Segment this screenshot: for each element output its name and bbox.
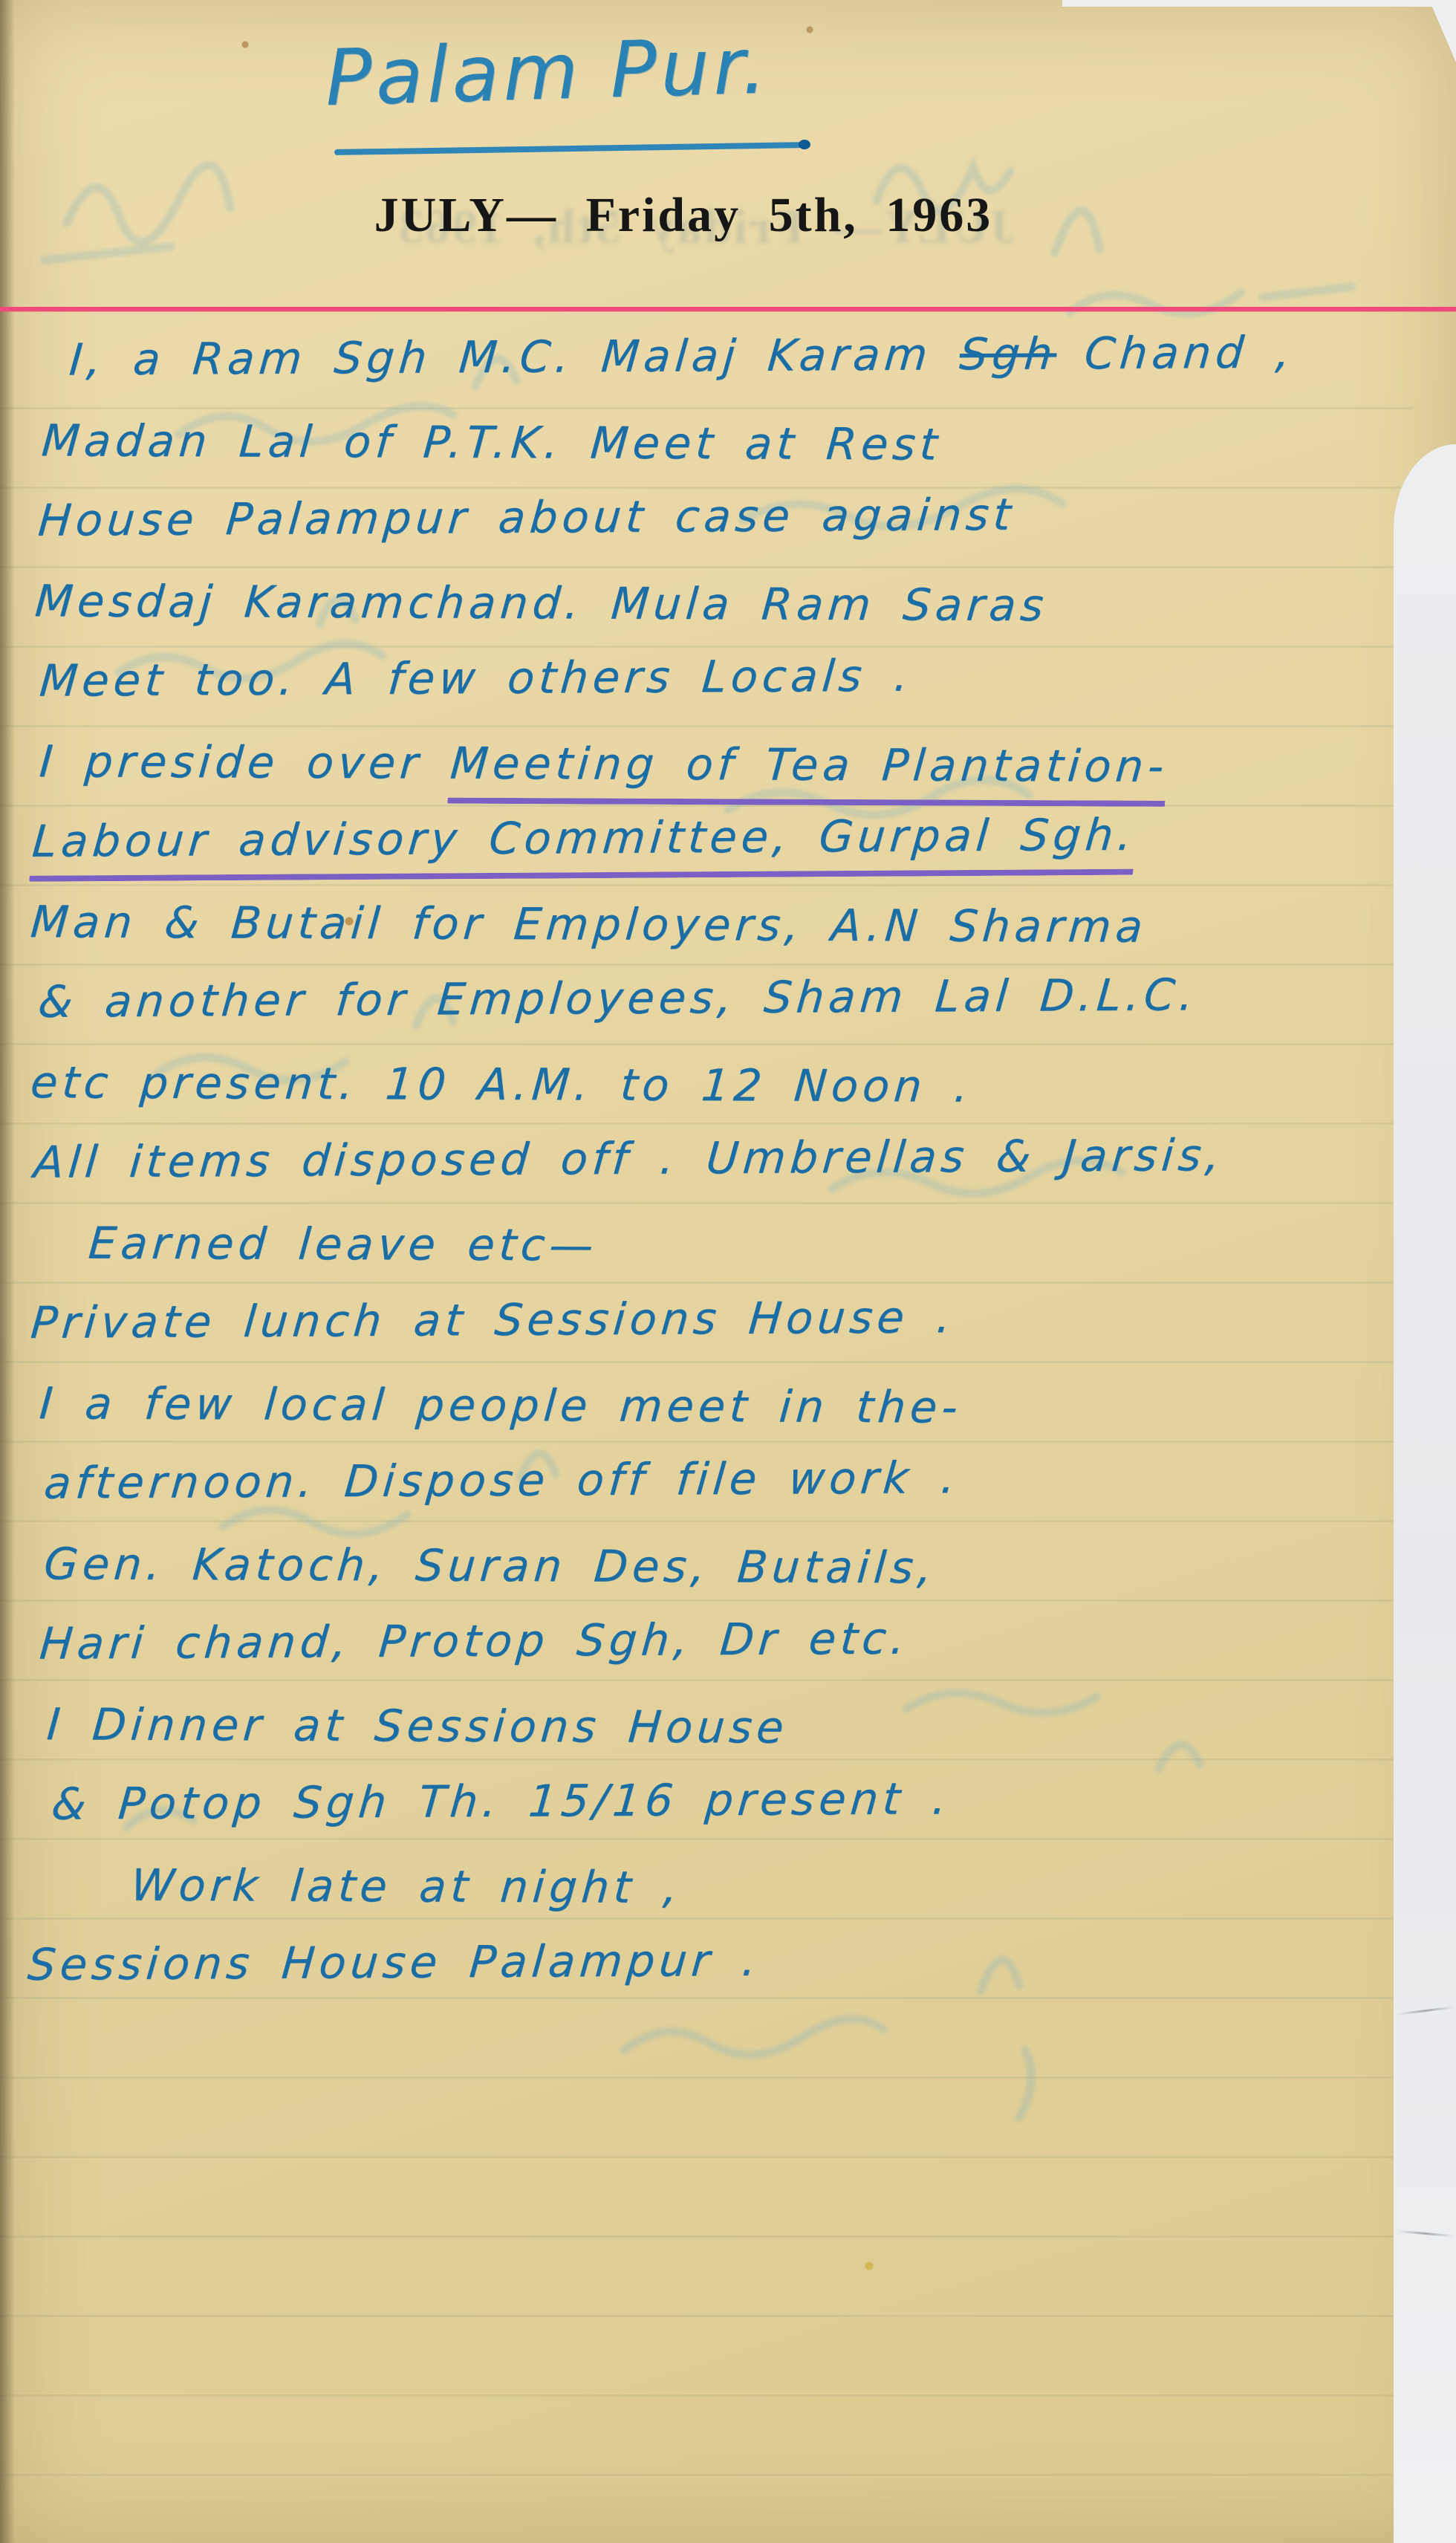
handwritten-line: Private lunch at Sessions House .	[0, 1288, 1412, 1377]
diary-scan-page: { "header": { "location": "Palam Pur.", …	[0, 0, 1456, 2543]
handwritten-location-heading: Palam Pur.	[324, 20, 771, 123]
line-text: Earned leave etc—	[87, 1218, 599, 1271]
scanner-backing-top-edge	[1062, 0, 1456, 7]
line-text: All items disposed off . Umbrellas & Jar…	[32, 1129, 1226, 1188]
line-text: I Dinner at Sessions House	[45, 1698, 790, 1753]
line-text: Chand ,	[1055, 326, 1297, 379]
handwritten-line: House Palampur about case against	[0, 486, 1412, 575]
underlined-phrase: Labour advisory Committee, Gurpal Sgh.	[29, 809, 1138, 882]
line-text: Hari chand, Protop Sgh, Dr etc.	[38, 1613, 911, 1669]
handwritten-line: Sessions House Palampur .	[0, 1930, 1412, 2019]
handwritten-line: Meet too. A few others Locals .	[0, 646, 1412, 735]
line-text: Man & Butail for Employers, A.N Sharma	[29, 896, 1149, 952]
line-text: etc present. 10 A.M. to 12 Noon .	[29, 1056, 975, 1112]
line-text: Mesdaj Karamchand. Mula Ram Saras	[33, 575, 1050, 631]
line-text: I, a Ram Sgh M.C. Malaj Karam	[68, 328, 962, 385]
handwritten-line: afternoon. Dispose off file work .	[0, 1449, 1412, 1538]
line-text: I a few local people meet in the-	[38, 1377, 963, 1432]
pink-margin-rule	[0, 307, 1456, 311]
line-text: & Potop Sgh Th. 15/16 present .	[50, 1773, 953, 1829]
line-text: Meet too. A few others Locals .	[38, 650, 915, 707]
struck-out-word: Sgh	[958, 328, 1059, 380]
handwritten-line: I, a Ram Sgh M.C. Malaj Karam Sgh Chand …	[0, 325, 1412, 415]
line-text: Sessions House Palampur .	[26, 1935, 763, 1990]
line-text: afternoon. Dispose off file work .	[42, 1452, 962, 1509]
handwritten-line: Hari chand, Protop Sgh, Dr etc.	[0, 1609, 1412, 1698]
handwritten-line: & Potop Sgh Th. 15/16 present .	[0, 1770, 1412, 1859]
entry-lines: I, a Ram Sgh M.C. Malaj Karam Sgh Chand …	[0, 334, 1408, 2019]
handwritten-line: Labour advisory Committee, Gurpal Sgh.	[0, 807, 1412, 896]
handwritten-line: & another for Employees, Sham Lal D.L.C.	[0, 967, 1412, 1056]
handwritten-line: All items disposed off . Umbrellas & Jar…	[0, 1128, 1412, 1217]
line-text: Madan Lal of P.T.K. Meet at Rest	[40, 415, 943, 470]
line-text: Gen. Katoch, Suran Des, Butails,	[42, 1538, 938, 1593]
line-text: & another for Employees, Sham Lal D.L.C.	[36, 969, 1200, 1027]
underlined-phrase: Meeting of Tea Plantation-	[447, 738, 1170, 807]
line-text: Private lunch at Sessions House .	[29, 1291, 958, 1348]
line-text: House Palampur about case against	[36, 489, 1017, 546]
line-text: Work late at night ,	[129, 1860, 684, 1913]
printed-date-heading: JULY— Friday 5th, 1963	[0, 187, 1367, 244]
scanner-backing-right	[1394, 444, 1456, 2543]
line-text: I preside over	[38, 735, 452, 788]
